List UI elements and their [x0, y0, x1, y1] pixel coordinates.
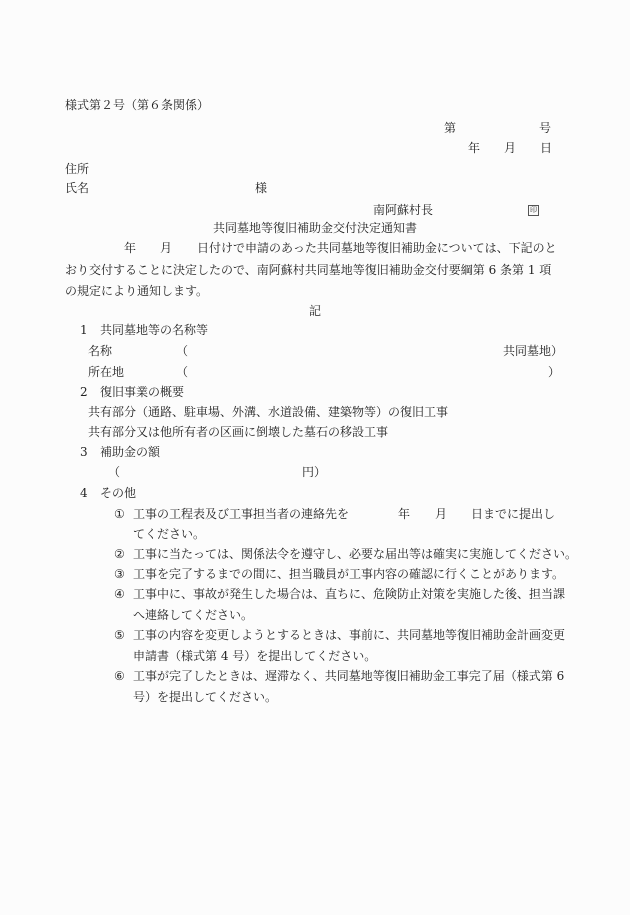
intro-month: 月 — [160, 241, 172, 255]
date-year: 年 — [468, 141, 480, 155]
item-5-text-cont: 申請書（様式第 4 号）を提出してください。 — [133, 649, 376, 663]
section-3-number: 3 — [80, 445, 88, 459]
document-title: 共同墓地等復旧補助金交付決定通知書 — [0, 221, 630, 235]
item-1-mark: ① — [114, 507, 125, 521]
name-honorific: 様 — [255, 181, 267, 195]
amount-open: （ — [108, 465, 120, 479]
section-4-number: 4 — [80, 486, 88, 500]
location-field-open: （ — [176, 365, 188, 379]
item-6-mark: ⑥ — [114, 669, 125, 683]
amount-close: 円） — [302, 465, 326, 479]
section-3-title: 補助金の額 — [100, 445, 160, 459]
section-1-number: 1 — [80, 323, 88, 337]
seal-mark: 印 — [528, 203, 539, 217]
item-1-month: 月 — [435, 507, 447, 521]
item-1-text-end: 日までに提出し — [471, 507, 555, 521]
item-1-text-cont: てください。 — [133, 527, 205, 541]
address-label: 住所 — [65, 162, 89, 176]
intro-line1: 日付けで申請のあった共同墓地等復旧補助金については、下記のと — [197, 241, 557, 255]
item-2-mark: ② — [114, 547, 125, 561]
seal-icon: 印 — [528, 205, 539, 216]
intro-year: 年 — [124, 241, 136, 255]
section-2-title: 復旧事業の概要 — [100, 385, 184, 399]
item-4-mark: ④ — [114, 587, 125, 601]
name-field-label: 名称 — [88, 344, 112, 358]
issuer: 南阿蘇村長 — [373, 203, 433, 217]
section-4-title: その他 — [100, 486, 136, 500]
intro-line3: の規定により通知します。 — [65, 284, 208, 298]
item-4-text: 工事中に、事故が発生した場合は、直ちに、危険防止対策を実施した後、担当課 — [133, 587, 565, 601]
ki-heading: 記 — [0, 304, 630, 318]
item-5-text: 工事の内容を変更しようとするときは、事前に、共同墓地等復旧補助金計画変更 — [133, 628, 565, 642]
section-2-item: 共有部分又は他所有者の区画に倒壊した墓石の移設工事 — [88, 425, 388, 439]
name-field-open: （ — [176, 344, 188, 358]
location-field-label: 所在地 — [88, 365, 124, 379]
section-1-title: 共同墓地等の名称等 — [100, 323, 208, 337]
doc-number-suffix: 号 — [539, 121, 551, 135]
intro-line2: おり交付することに決定したので、南阿蘇村共同墓地等復旧補助金交付要綱第 6 条第… — [65, 263, 551, 277]
section-2-item: 共有部分（通路、駐車場、外溝、水道設備、建築物等）の復旧工事 — [88, 405, 448, 419]
item-2-text: 工事に当たっては、関係法令を遵守し、必要な届出等は確実に実施してください。 — [133, 547, 577, 561]
name-field-close: 共同墓地） — [503, 344, 563, 358]
item-3-mark: ③ — [114, 567, 125, 581]
item-1-text: 工事の工程表及び工事担当者の連絡先を — [133, 507, 349, 521]
item-5-mark: ⑤ — [114, 628, 125, 642]
name-label: 氏名 — [65, 181, 89, 195]
doc-number-prefix: 第 — [444, 121, 456, 135]
item-6-text: 工事が完了したときは、遅滞なく、共同墓地等復旧補助金工事完了届（様式第 6 — [133, 669, 564, 683]
item-1-year: 年 — [398, 507, 410, 521]
location-field-close: ） — [548, 365, 560, 379]
form-number: 様式第２号（第６条関係） — [65, 98, 209, 112]
date-day: 日 — [540, 141, 552, 155]
section-2-number: 2 — [80, 385, 88, 399]
item-6-text-cont: 号）を提出してください。 — [133, 690, 277, 704]
date-month: 月 — [504, 141, 516, 155]
item-4-text-cont: へ連絡してください。 — [133, 608, 253, 622]
item-3-text: 工事を完了するまでの間に、担当職員が工事内容の確認に行くことがあります。 — [133, 567, 564, 581]
